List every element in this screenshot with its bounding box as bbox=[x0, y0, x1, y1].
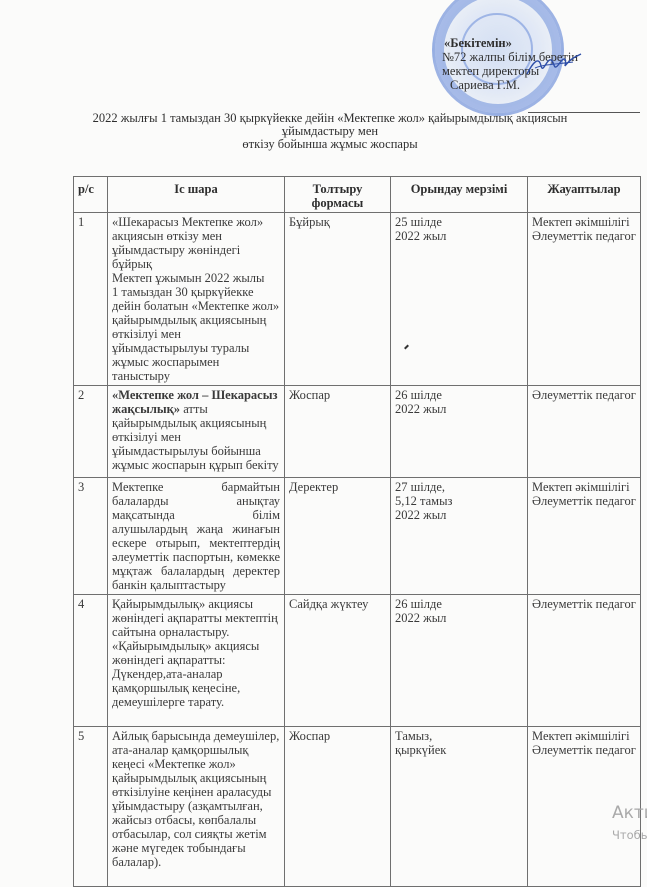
row-number: 2 bbox=[74, 386, 108, 478]
row-form: Деректер bbox=[285, 478, 391, 595]
table-row: 2 «Мектепке жол – Шекарасыз жақсылық» ат… bbox=[74, 386, 641, 478]
row-deadline: 26 шілде 2022 жыл bbox=[391, 595, 528, 727]
row-number: 5 bbox=[74, 727, 108, 887]
table-row: 1 «Шекарасыз Мектепке жол» акциясын өткі… bbox=[74, 213, 641, 386]
title-line-3: өткізу бойынша жұмыс жоспары bbox=[60, 138, 600, 151]
row-number: 3 bbox=[74, 478, 108, 595]
row-deadline: 26 шілде 2022 жыл bbox=[391, 386, 528, 478]
row-form: Жоспар bbox=[285, 727, 391, 887]
row-deadline: 27 шілде, 5,12 тамыз 2022 жыл bbox=[391, 478, 528, 595]
table-header-row: р/с Іс шара Толтыру формасы Орындау мерз… bbox=[74, 177, 641, 213]
row-activity: «Мектепке жол – Шекарасыз жақсылық» атты… bbox=[108, 386, 285, 478]
row-activity: Мектепке бармайтын балаларды анықтау мақ… bbox=[108, 478, 285, 595]
approval-name: Сариева Г.М. bbox=[450, 78, 578, 92]
document-title: 2022 жылғы 1 тамыздан 30 қыркүйекке дейі… bbox=[60, 112, 600, 151]
row-form: Жоспар bbox=[285, 386, 391, 478]
row-responsible: Әлеуметтік педагог bbox=[528, 595, 641, 727]
row-number: 4 bbox=[74, 595, 108, 727]
header-number: р/с bbox=[74, 177, 108, 213]
row-activity: Айлық барысында демеушілер, ата-аналар қ… bbox=[108, 727, 285, 887]
approval-title: «Бекітемін» bbox=[444, 36, 578, 50]
watermark-line-2: Чтобы bbox=[612, 828, 647, 842]
table-row: 3 Мектепке бармайтын балаларды анықтау м… bbox=[74, 478, 641, 595]
row-number: 1 bbox=[74, 213, 108, 386]
row-activity: Қайырымдылық» акциясы жөніндегі ақпаратт… bbox=[108, 595, 285, 727]
table-row: 4 Қайырымдылық» акциясы жөніндегі ақпара… bbox=[74, 595, 641, 727]
row-form: Сайдқа жүктеу bbox=[285, 595, 391, 727]
header-responsible: Жауаптылар bbox=[528, 177, 641, 213]
table-row: 5 Айлық барысында демеушілер, ата-аналар… bbox=[74, 727, 641, 887]
signature-icon bbox=[525, 52, 583, 78]
row-deadline: Тамыз, қыркүйек bbox=[391, 727, 528, 887]
header-form: Толтыру формасы bbox=[285, 177, 391, 213]
header-activity: Іс шара bbox=[108, 177, 285, 213]
row-activity: «Шекарасыз Мектепке жол» акциясын өткізу… bbox=[108, 213, 285, 386]
row-responsible: Әлеуметтік педагог bbox=[528, 386, 641, 478]
work-plan-table: р/с Іс шара Толтыру формасы Орындау мерз… bbox=[73, 176, 641, 887]
row-responsible: Мектеп әкімшілігі Әлеуметтік педагог bbox=[528, 213, 641, 386]
windows-activation-watermark: Акти Чтобы bbox=[612, 803, 647, 842]
row-deadline: 25 шілде 2022 жыл bbox=[391, 213, 528, 386]
row-responsible: Мектеп әкімшілігі Әлеуметтік педагог bbox=[528, 478, 641, 595]
header-deadline: Орындау мерзімі bbox=[391, 177, 528, 213]
watermark-line-1: Акти bbox=[612, 803, 647, 823]
row-form: Бұйрық bbox=[285, 213, 391, 386]
